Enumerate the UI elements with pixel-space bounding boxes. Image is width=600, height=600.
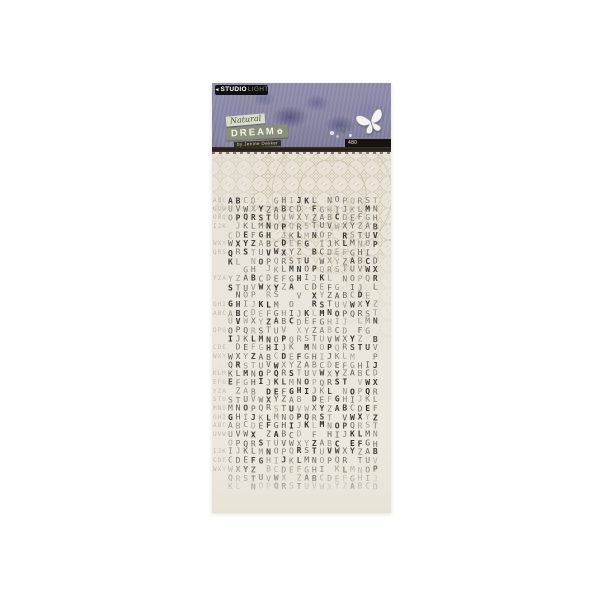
letter-row: IJKLMNOPQRSTUVWXYZAB (228, 448, 386, 457)
letter-row: CDEFGHIJKLMNOPQR TUV (228, 457, 386, 466)
collection-banner-script: Natural (226, 113, 266, 126)
sheet-body: ABCDUVWXOPQRIJKL WXYZQRST YZAB GHIJABCD … (212, 152, 391, 513)
left-margin-letters: ABCDUVWXOPQRIJKL WXYZQRST YZAB GHIJABCD … (213, 197, 226, 492)
header-border-strip (212, 147, 391, 152)
logo-arrow-icon: ◄ (215, 88, 220, 93)
letter-row: WXYZ BCDEFGHI KLMNOP (228, 466, 386, 475)
logo-text-light: LIGHT (248, 87, 269, 94)
item-code-label: 480 background (345, 139, 391, 147)
studiolight-logo: ◄ STUDIO LIGHT (215, 85, 268, 95)
typewriter-letter-grid: ABCD GHIJKL NOPQRSTUVWXYZABCD FGHIJKLMNO… (228, 197, 386, 492)
sticker-sheet: ◄ STUDIO LIGHT Natural DREAM✿ by Jenine … (212, 83, 391, 513)
collection-name: DREAM (231, 126, 276, 139)
logo-text-studio: STUDIO (220, 87, 246, 94)
letter-row: KL NOPQRSTUVWXYZABCD (228, 483, 386, 492)
sheet-header: ◄ STUDIO LIGHT Natural DREAM✿ by Jenine … (212, 83, 391, 148)
butterfly-icon (351, 104, 391, 139)
flower-icon: ✿ (277, 129, 283, 136)
collection-banner-main: DREAM✿ (226, 124, 288, 140)
product-image-canvas: ◄ STUDIO LIGHT Natural DREAM✿ by Jenine … (0, 0, 600, 600)
letter-row: QRSTUVWX ZABCDEFGHIJ (228, 475, 386, 484)
